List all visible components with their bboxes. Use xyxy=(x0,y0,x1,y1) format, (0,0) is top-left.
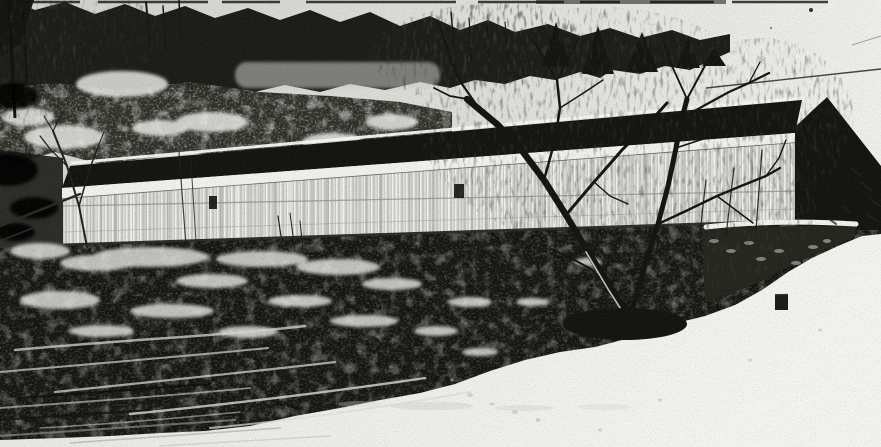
halftone-photo: Black-and-white halftone photograph of a… xyxy=(0,0,881,447)
dark-object-in-snow xyxy=(775,294,788,310)
bridge-side-window-1 xyxy=(209,196,217,209)
sky-speck xyxy=(809,8,813,12)
photo-canvas xyxy=(0,0,881,447)
sky-speck-2 xyxy=(770,27,772,29)
tree-base-brush xyxy=(563,308,687,340)
left-bank-brush xyxy=(0,150,63,248)
